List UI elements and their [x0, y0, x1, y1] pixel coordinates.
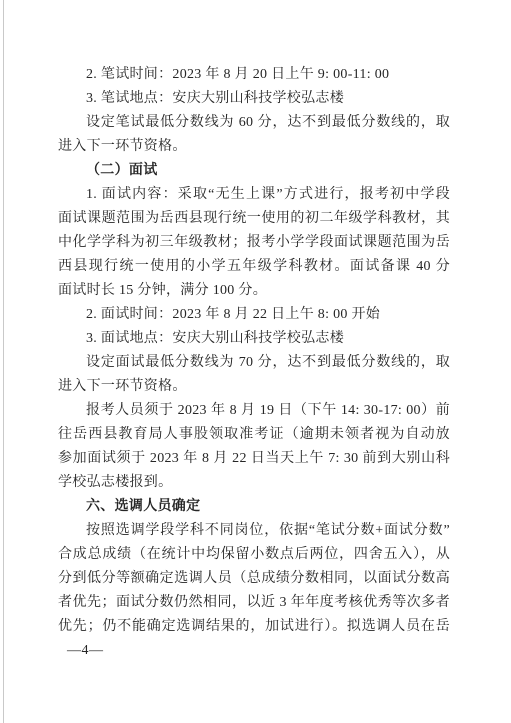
- document-line: 报考人员须于 2023 年 8 月 19 日（下午 14: 30-17: 00）…: [58, 399, 450, 423]
- document-line: 优先；仍不能确定选调结果的，加试进行）。拟选调人员在岳西: [58, 615, 450, 639]
- document-line: 分到低分等额确定选调人员（总成绩分数相同，以面试分数高: [58, 567, 450, 591]
- document-line: 面试课题范围为岳西县现行统一使用的初二年级学科教材，其: [58, 207, 450, 231]
- document-line: 中化学学科为初三年级教材；报考小学学段面试课题范围为岳: [58, 231, 450, 255]
- document-line: 设定笔试最低分数线为 60 分，达不到最低分数线的，取消: [58, 111, 450, 135]
- document-line: 3. 面试地点：安庆大别山科技学校弘志楼: [58, 327, 450, 351]
- document-line: 按照选调学段学科不同岗位，依据“笔试分数+面试分数”: [58, 519, 450, 543]
- document-line: 2. 笔试时间：2023 年 8 月 20 日上午 9: 00-11: 00: [58, 63, 450, 87]
- document-line: 2. 面试时间：2023 年 8 月 22 日上午 8: 00 开始: [58, 303, 450, 327]
- scan-edge-line: [3, 0, 4, 723]
- document-body: 2. 笔试时间：2023 年 8 月 20 日上午 9: 00-11: 003.…: [58, 63, 450, 639]
- document-line: 西县现行统一使用的小学五年级学科教材。面试备课 40 分钟，: [58, 255, 450, 279]
- document-line: 参加面试须于 2023 年 8 月 22 日当天上午 7: 30 前到大别山科技: [58, 447, 450, 471]
- document-line: 面试时长 15 分钟，满分 100 分。: [58, 279, 450, 303]
- document-line: 1. 面试内容：采取“无生上课”方式进行，报考初中学段: [58, 183, 450, 207]
- document-line: 学校弘志楼报到。: [58, 471, 450, 495]
- document-line: 合成总成绩（在统计中均保留小数点后两位，四舍五入），从高: [58, 543, 450, 567]
- page-number: —4—: [58, 639, 104, 663]
- document-line: （二）面试: [58, 159, 450, 183]
- document-line: 进入下一环节资格。: [58, 135, 450, 159]
- document-line: 设定面试最低分数线为 70 分，达不到最低分数线的，取消: [58, 351, 450, 375]
- document-line: 六、选调人员确定: [58, 495, 450, 519]
- document-line: 往岳西县教育局人事股领取准考证（逾期未领者视为自动放弃）；: [58, 423, 450, 447]
- document-line: 进入下一环节资格。: [58, 375, 450, 399]
- document-line: 3. 笔试地点：安庆大别山科技学校弘志楼: [58, 87, 450, 111]
- document-line: 者优先；面试分数仍然相同，以近 3 年年度考核优秀等次多者: [58, 591, 450, 615]
- scanned-document-page: { "colors": { "paper": "#ffffff", "ink":…: [0, 0, 511, 723]
